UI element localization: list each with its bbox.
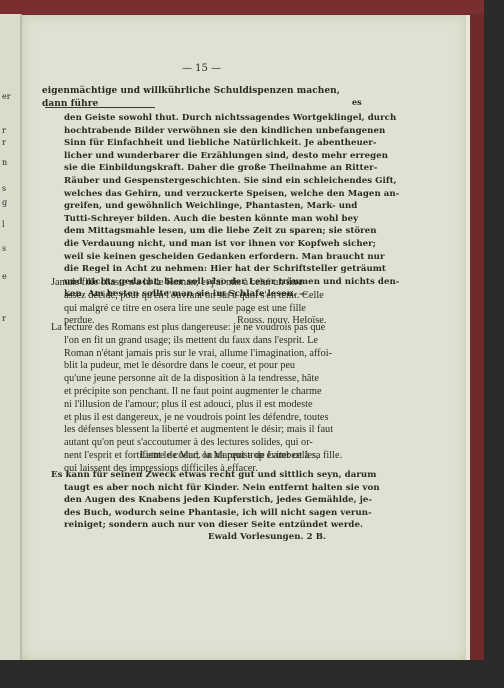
text-line: dem Mittagsmahle lesen, um die liebe Zei… — [64, 225, 374, 238]
text-line: licher und wunderbarer die Erzählungen s… — [64, 150, 374, 163]
text-line: qu'une jeune personne ait de la disposit… — [64, 373, 374, 386]
text-line: hochtrabende Bilder verwöhnen sie den ki… — [64, 125, 374, 138]
text-line: ni l'illusion de l'amour; plus il est ad… — [64, 399, 374, 412]
text-line: et précipite son penchant. Il ne faut po… — [64, 386, 374, 399]
previous-page-edge: er r r n s g l s e r — [0, 14, 22, 660]
previous-page-fragment: e — [2, 272, 7, 281]
attribution-ewald: Ewald Vorlesungen. 2 B. — [208, 531, 326, 544]
previous-page-fragment: s — [2, 184, 6, 193]
attribution-lambert: Lettre de Mad. la Marquise de Lambert à … — [140, 450, 342, 463]
text-line: weil sie keinen gescheiden Gedanken erfo… — [64, 251, 374, 264]
text-line: et plus il est dangereux, je ne voudrois… — [64, 412, 374, 425]
previous-page-fragment: r — [2, 314, 6, 323]
text-line: La lecture des Romans est plus dangereus… — [51, 322, 374, 335]
german-passage-1: den Geiste sowohl thut. Durch nichtssage… — [64, 112, 374, 301]
text-line: welches das Gehirn, und verzuckerte Spei… — [64, 188, 374, 201]
text-line: Jamais fille chaste n'a lu de Roman; et … — [51, 277, 374, 290]
text-line: des Buch, wodurch seine Phantasie, ich w… — [64, 507, 374, 520]
previous-page-fragment: er — [2, 92, 11, 101]
text-line: die Verdauung nicht, und man ist vor ihn… — [64, 238, 374, 251]
text-line: den Geiste sowohl thut. Durch nichtssage… — [64, 112, 374, 125]
text-line: autant qu'on peut s'accoutumer à des lec… — [64, 437, 374, 450]
footnote-rule — [45, 107, 155, 108]
text-line: greifen, und gewöhnlich Weichlinge, Phan… — [64, 200, 374, 213]
text-line: sie die Einbildungskraft. Daher die groß… — [64, 162, 374, 175]
previous-page-fragment: n — [2, 158, 7, 167]
text-line: die Regel in Acht zu nehmen: Hier hat de… — [64, 263, 374, 276]
text-line: Räuber und Gespenstergeschichten. Sie si… — [64, 175, 374, 188]
text-line: qui malgré ce titre en osera lire une se… — [64, 303, 374, 316]
text-line: Es kann für seinen Zweck etwas recht gut… — [51, 469, 374, 482]
text-line: l'on en fit un grand usage; ils mettent … — [64, 335, 374, 348]
text-line: Sinn für Einfachheit und liebliche Natür… — [64, 137, 374, 150]
text-line: Tutti-Schreyer bilden. Auch die besten k… — [64, 213, 374, 226]
previous-page-fragment: g — [2, 198, 7, 207]
text-line: les défenses blessent la liberté et augm… — [64, 424, 374, 437]
previous-page-fragment: l — [2, 220, 5, 229]
text-line: taugt es aber noch nicht für Kinder. Nei… — [64, 482, 374, 495]
text-line: Roman n'étant jamais pris sur le vrai, a… — [64, 348, 374, 361]
previous-page-fragment: r — [2, 138, 6, 147]
previous-page-fragment: r — [2, 126, 6, 135]
catchword: es — [352, 96, 362, 109]
text-line: blit la pudeur, met le désordre dans le … — [64, 360, 374, 373]
page-number: — 15 — — [182, 63, 221, 76]
french-quote-rousseau: Jamais fille chaste n'a lu de Roman; et … — [64, 277, 374, 328]
book-cover-top-edge — [0, 0, 484, 14]
text-line: assez décidé, pour qu'en l'ouvrant on sû… — [64, 290, 374, 303]
text-line: den Augen des Knabens jeden Kupferstich,… — [64, 494, 374, 507]
german-passage-2: Es kann für seinen Zweck etwas recht gut… — [64, 469, 374, 532]
page-edge — [466, 15, 470, 660]
previous-page-fragment: s — [2, 244, 6, 253]
